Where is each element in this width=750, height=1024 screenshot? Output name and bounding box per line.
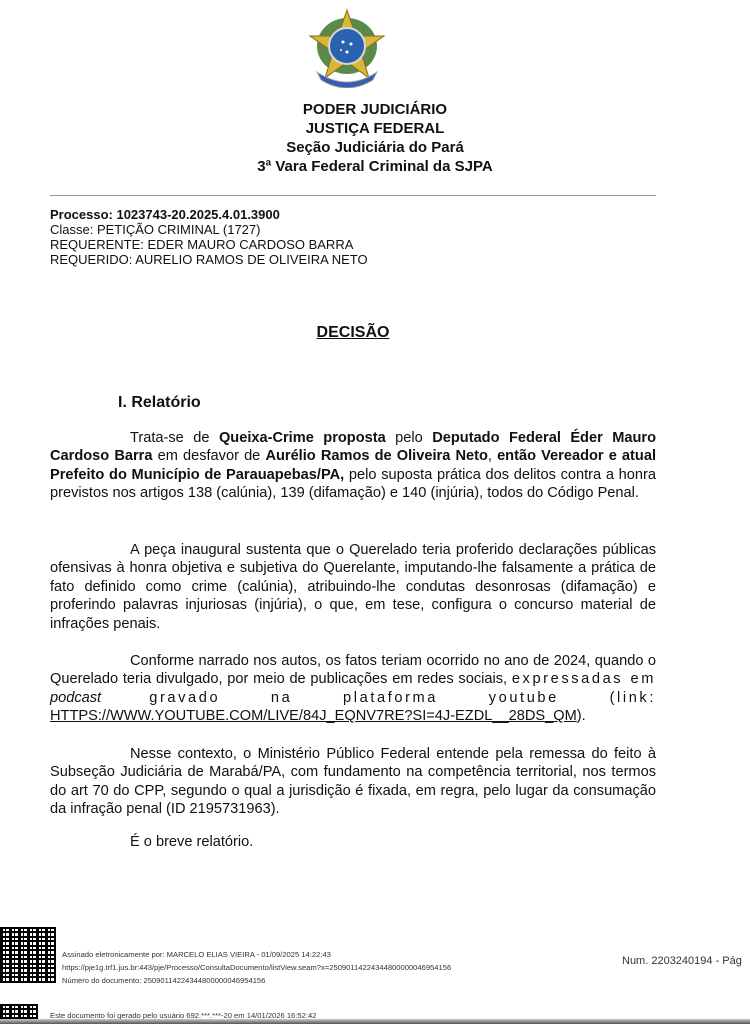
case-number: Processo: 1023743-20.2025.4.01.3900: [50, 207, 368, 222]
header-divider: [50, 195, 656, 196]
text: gravado na plataforma youtube (link:: [149, 690, 656, 706]
page-edge: [0, 1019, 750, 1024]
paragraph-2: A peça inaugural sustenta que o Querelad…: [50, 541, 656, 633]
header-line-3: Seção Judiciária do Pará: [0, 138, 750, 157]
court-header: PODER JUDICIÁRIO JUSTIÇA FEDERAL Seção J…: [0, 100, 750, 176]
case-requerente: REQUERENTE: EDER MAURO CARDOSO BARRA: [50, 237, 368, 252]
header-line-4: 3ª Vara Federal Criminal da SJPA: [0, 157, 750, 176]
case-requerido: REQUERIDO: AURELIO RAMOS DE OLIVEIRA NET…: [50, 252, 368, 267]
text: ).: [577, 708, 586, 724]
text: pelo: [386, 430, 433, 446]
validation-url[interactable]: https://pje1g.trf1.jus.br:443/pje/Proces…: [62, 963, 451, 973]
case-metadata: Processo: 1023743-20.2025.4.01.3900 Clas…: [50, 207, 368, 267]
paragraph-5: É o breve relatório.: [50, 833, 656, 851]
signature-footer: Assinado eletronicamente por: MARCELO EL…: [0, 925, 750, 1024]
text-bold: Queixa-Crime proposta: [219, 430, 386, 446]
document-title: DECISÃO: [0, 324, 706, 342]
case-class: Classe: PETIÇÃO CRIMINAL (1727): [50, 222, 368, 237]
header-line-1: PODER JUDICIÁRIO: [0, 100, 750, 119]
page-number: Num. 2203240194 - Pág: [622, 955, 742, 967]
header-line-2: JUSTIÇA FEDERAL: [0, 119, 750, 138]
document-number: Número do documento: 2509011422434480000…: [62, 976, 265, 986]
brazil-coat-of-arms-icon: [307, 6, 387, 88]
text: ,: [488, 448, 497, 464]
paragraph-1: Trata-se de Queixa-Crime proposta pelo D…: [50, 429, 656, 503]
text-italic: podcast: [50, 690, 101, 706]
qr-code-icon: [0, 927, 56, 983]
text: Trata-se de: [130, 430, 219, 446]
paragraph-3: Conforme narrado nos autos, os fatos ter…: [50, 652, 656, 726]
section-heading: I. Relatório: [118, 394, 201, 412]
text-bold: Aurélio Ramos de Oliveira Neto: [265, 448, 487, 464]
text: em desfavor de: [152, 448, 265, 464]
text: expressadas em: [512, 671, 656, 687]
youtube-link[interactable]: HTTPS://WWW.YOUTUBE.COM/LIVE/84J_EQNV7RE…: [50, 708, 577, 724]
signed-by: Assinado eletronicamente por: MARCELO EL…: [62, 950, 331, 960]
paragraph-4: Nesse contexto, o Ministério Público Fed…: [50, 745, 656, 819]
